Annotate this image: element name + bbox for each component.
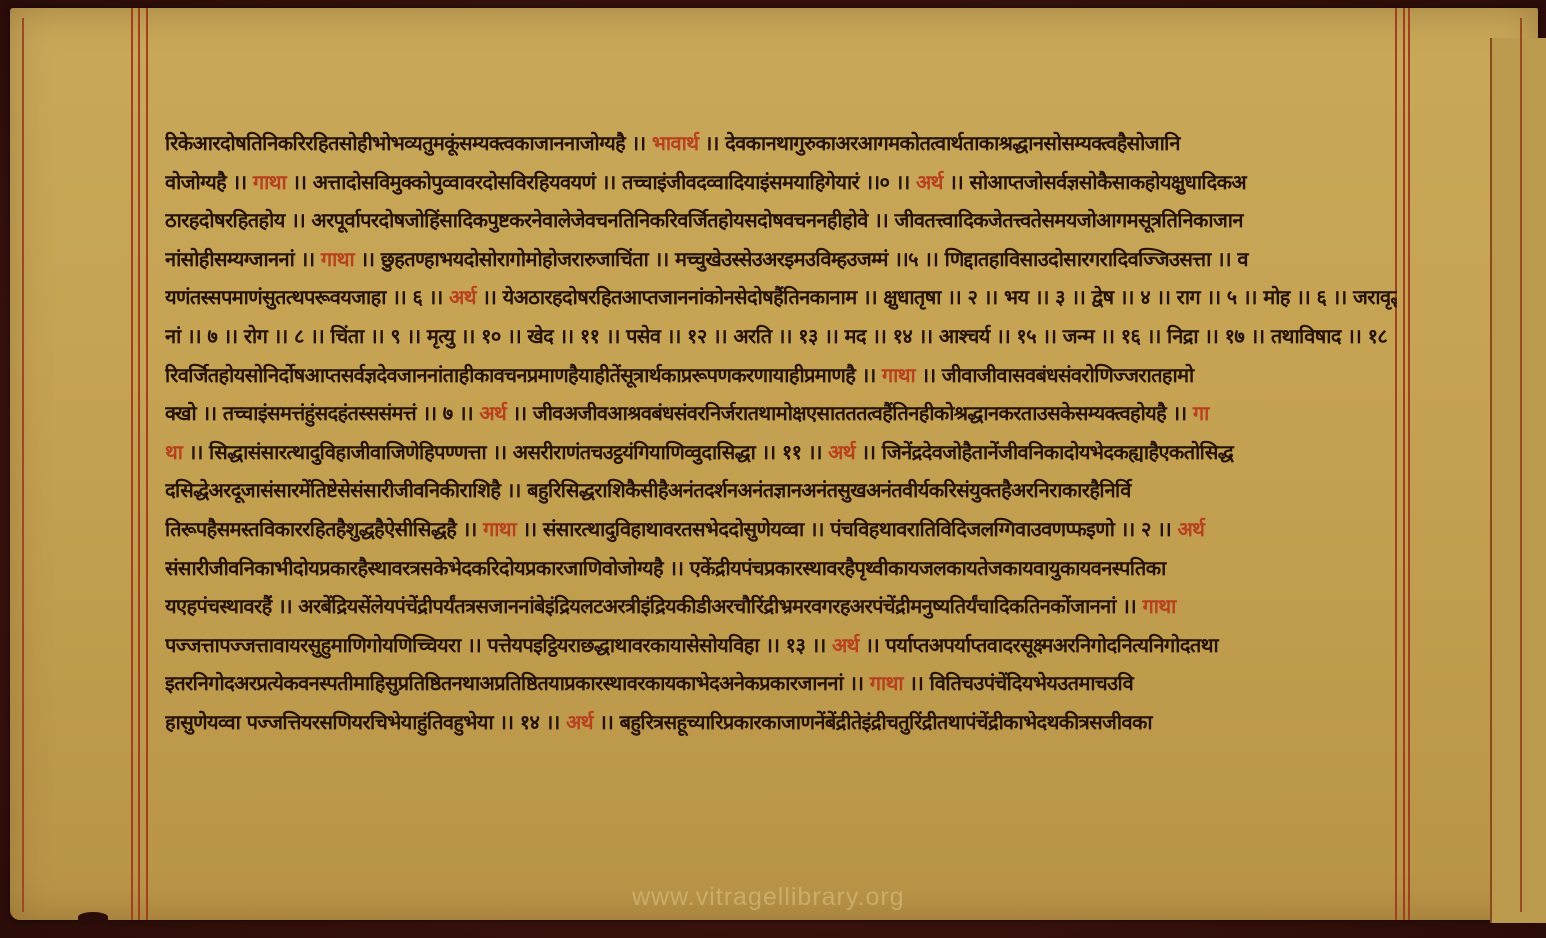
text-line: दसिद्धेअरदूजासंसारमेंतिष्टेसेसंसारीजीवनि… xyxy=(165,471,1397,510)
text-line: रिकेआरदोषतिनिकरिरहितसोहीभोभव्यतुमकूंसम्य… xyxy=(165,124,1397,163)
text-segment: पज्जत्तापज्जत्तावायरसुहुमाणिगोयणिच्चियरा… xyxy=(165,633,832,657)
rubric-heading: भावार्थ xyxy=(652,131,699,155)
rubric-heading: अर्थ xyxy=(479,401,506,425)
text-segment: तिरूपहैसमस्तविकाररहितहैशुद्धहैऐसीसिद्धहै… xyxy=(165,517,483,541)
text-segment: दसिद्धेअरदूजासंसारमेंतिष्टेसेसंसारीजीवनि… xyxy=(165,478,1131,502)
left-margin-rule xyxy=(131,8,133,920)
text-segment: ।। देवकानथागुरुकाअरआगमकोतत्वार्थताकाश्रद… xyxy=(698,131,1179,155)
text-segment: इतरनिगोदअरप्रत्येकवनस्पतीमाहिसुप्रतिष्ठि… xyxy=(165,671,870,695)
text-line: क्खो ।। तच्चाइंसमत्तंहुंसदहंतस्ससंमत्तं … xyxy=(165,394,1397,433)
text-segment: ।। अत्तादोसविमुक्कोपुव्वावरदोसविरहियवयणं… xyxy=(286,170,916,194)
text-segment: वोजोग्यहै ।। xyxy=(165,170,253,194)
rubric-heading: अर्थ xyxy=(449,285,476,309)
text-segment: ।। पर्याप्तअपर्याप्तवादरसूक्ष्मअरनिगोदनि… xyxy=(859,633,1218,657)
text-segment: ।। जिनेंद्रदेवजोहैतानेंजीवनिकादोयभेदकह्य… xyxy=(855,440,1233,464)
right-margin-rule xyxy=(1403,8,1405,920)
text-line: तिरूपहैसमस्तविकाररहितहैशुद्धहैऐसीसिद्धहै… xyxy=(165,510,1397,549)
text-line: रिवर्जितहोयसोनिर्दोषआप्तसर्वज्ञदेवजाननां… xyxy=(165,356,1397,395)
rubric-heading: गा xyxy=(1193,401,1209,425)
left-margin-rule xyxy=(138,8,140,920)
text-segment: यएहपंचस्थावरहैं ।। अरबेंद्रियसेंलेयपंचें… xyxy=(165,594,1143,618)
text-segment: ।। छुहतण्हाभयदोसोरागोमोहोजरारुजाचिंता ।।… xyxy=(354,247,1248,271)
text-segment: ।। येअठारहदोषरहितआप्तजाननांकोनसेदोषहैंति… xyxy=(476,285,1397,309)
text-line: संसारीजीवनिकाभीदोयप्रकारहैस्थावरत्रसकेभे… xyxy=(165,549,1397,588)
text-segment: ।। सिद्धासंसारत्थादुविहाजीवाजिणेहिपण्णत्… xyxy=(182,440,828,464)
left-edge-rule xyxy=(22,18,24,912)
text-segment: ।। जीवअजीवआश्रवबंधसंवरनिर्जरातथामोक्षएसा… xyxy=(506,401,1193,425)
text-segment: ।। संसारत्थादुविहाथावरतसभेददोसुणेयव्वा ।… xyxy=(516,517,1177,541)
text-line: नांसोहीसम्यग्जाननां ।। गाथा ।। छुहतण्हाभ… xyxy=(165,240,1397,279)
text-segment: ।। वितिचउपंचेंदियभेयउतमाचउवि xyxy=(903,671,1133,695)
text-segment: रिकेआरदोषतिनिकरिरहितसोहीभोभव्यतुमकूंसम्य… xyxy=(165,131,652,155)
text-segment: संसारीजीवनिकाभीदोयप्रकारहैस्थावरत्रसकेभे… xyxy=(165,556,1166,580)
text-line: पज्जत्तापज्जत्तावायरसुहुमाणिगोयणिच्चियरा… xyxy=(165,626,1397,665)
rubric-heading: अर्थ xyxy=(566,710,593,734)
rubric-heading: गाथा xyxy=(1143,594,1176,618)
right-margin-rule xyxy=(1408,8,1410,920)
rubric-heading: गाथा xyxy=(882,363,915,387)
text-segment: नां ।। ७ ।। रोग ।। ८ ।। चिंता ।। ९ ।। मृ… xyxy=(165,324,1397,348)
right-edge-rule xyxy=(1520,18,1522,912)
text-segment: यणंतस्सपमाणंसुतत्थपरूवयजाहा ।। ६ ।। xyxy=(165,285,449,309)
text-line: यएहपंचस्थावरहैं ।। अरबेंद्रियसेंलेयपंचें… xyxy=(165,587,1397,626)
rubric-heading: अर्थ xyxy=(828,440,855,464)
text-segment: रिवर्जितहोयसोनिर्दोषआप्तसर्वज्ञदेवजाननां… xyxy=(165,363,882,387)
left-margin-rule xyxy=(146,8,148,920)
text-line: वोजोग्यहै ।। गाथा ।। अत्तादोसविमुक्कोपुव… xyxy=(165,163,1397,202)
rubric-heading: गाथा xyxy=(253,170,286,194)
rubric-heading: गाथा xyxy=(483,517,516,541)
text-segment: ।। सोआप्तजोसर्वज्ञसोकैसाकहोयक्षुधादिकअ xyxy=(943,170,1246,194)
text-line: हासुणेयव्वा पज्जत्तियरसणियरचिभेयाहुंतिवह… xyxy=(165,703,1397,742)
text-segment: ठारहदोषरहितहोय ।। अरपूर्वापरदोषजोहिंसादि… xyxy=(165,208,1243,232)
rubric-heading: अर्थ xyxy=(1177,517,1204,541)
manuscript-page: रिकेआरदोषतिनिकरिरहितसोहीभोभव्यतुमकूंसम्य… xyxy=(10,8,1538,920)
text-line: इतरनिगोदअरप्रत्येकवनस्पतीमाहिसुप्रतिष्ठि… xyxy=(165,664,1397,703)
text-line: ठारहदोषरहितहोय ।। अरपूर्वापरदोषजोहिंसादि… xyxy=(165,201,1397,240)
rubric-heading: गाथा xyxy=(321,247,354,271)
watermark: www.vitragellibrary.org xyxy=(632,883,905,912)
rubric-heading: अर्थ xyxy=(916,170,943,194)
page-tear xyxy=(78,912,108,922)
text-segment: हासुणेयव्वा पज्जत्तियरसणियरचिभेयाहुंतिवह… xyxy=(165,710,566,734)
text-segment: नांसोहीसम्यग्जाननां ।। xyxy=(165,247,321,271)
rubric-heading: अर्थ xyxy=(832,633,859,657)
text-segment: क्खो ।। तच्चाइंसमत्तंहुंसदहंतस्ससंमत्तं … xyxy=(165,401,479,425)
text-line: यणंतस्सपमाणंसुतत्थपरूवयजाहा ।। ६ ।। अर्थ… xyxy=(165,278,1397,317)
text-segment: ।। बहुरित्रसहूच्यारिप्रकारकाजाणनेंबेंद्र… xyxy=(593,710,1152,734)
manuscript-text: रिकेआरदोषतिनिकरिरहितसोहीभोभव्यतुमकूंसम्य… xyxy=(165,124,1397,742)
page-right-flap xyxy=(1490,38,1546,923)
text-line: था ।। सिद्धासंसारत्थादुविहाजीवाजिणेहिपण्… xyxy=(165,433,1397,472)
rubric-heading: था xyxy=(165,440,182,464)
rubric-heading: गाथा xyxy=(870,671,903,695)
text-line: नां ।। ७ ।। रोग ।। ८ ।। चिंता ।। ९ ।। मृ… xyxy=(165,317,1397,356)
text-segment: ।। जीवाजीवासवबंधसंवरोणिज्जरातहामो xyxy=(915,363,1194,387)
